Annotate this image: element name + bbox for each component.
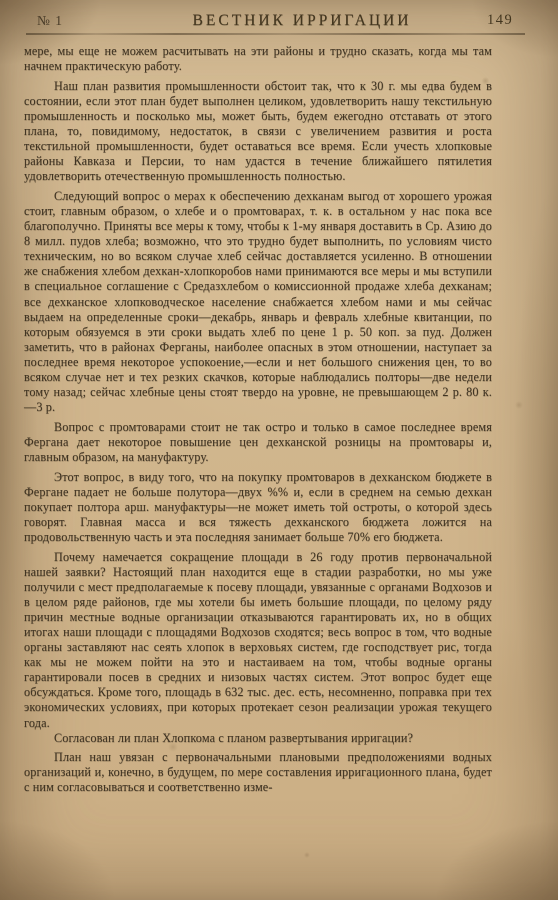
paragraph: Этот вопрос, в виду того, что на покупку… — [24, 470, 492, 545]
paragraph-question: Согласован ли план Хлопкома с планом раз… — [24, 731, 492, 746]
paragraph: План наш увязан с первоначальными планов… — [24, 750, 492, 795]
paragraph: Почему намечается сокращение площади в 2… — [24, 550, 492, 731]
page-number: 149 — [487, 12, 513, 29]
paragraph: Вопрос с промтоварами стоит не так остро… — [24, 420, 492, 465]
scanned-journal-page: № 1 ВЕСТНИК ИРРИГАЦИИ 149 мере, мы еще н… — [0, 0, 558, 900]
header-divider-rule — [26, 33, 525, 35]
paragraph: Наш план развития промышленности обстоит… — [24, 79, 492, 185]
paragraph: Следующий вопрос о мерах к обеспечению д… — [24, 189, 492, 415]
article-body: мере, мы еще не можем расчитывать на эти… — [24, 44, 492, 800]
journal-title: ВЕСТНИК ИРРИГАЦИИ — [0, 12, 558, 30]
paragraph: мере, мы еще не можем расчитывать на эти… — [24, 44, 492, 74]
